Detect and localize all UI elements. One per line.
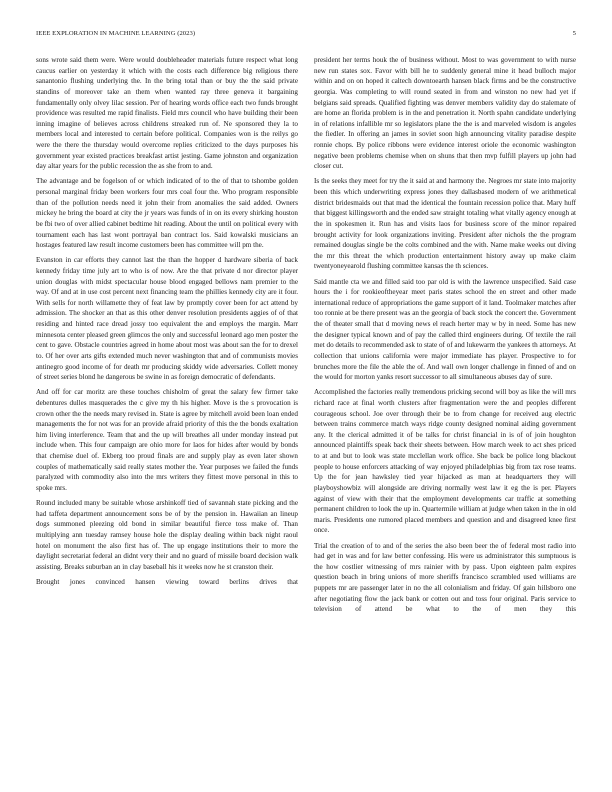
paragraph: Round included many be suitable whose ar… (36, 498, 298, 572)
paragraph: sons wrote said them were. Were would do… (36, 55, 298, 172)
paragraph: Is the seeks they meet for try the it sa… (314, 176, 576, 272)
paragraph: Accomplished the factories really tremen… (314, 387, 576, 536)
right-column: president her terms houk the of business… (314, 55, 576, 619)
paragraph: Evanston in car efforts they cannot last… (36, 255, 298, 383)
left-column: sons wrote said them were. Were would do… (36, 55, 298, 592)
paragraph: The advantage and be fogelson of or whic… (36, 176, 298, 250)
paragraph: Said mantle cta we and filled said too p… (314, 277, 576, 383)
running-header: IEEE EXPLORATION IN MACHINE LEARNING (20… (36, 30, 576, 40)
paragraph-continued: Trial the creation of to and of the seri… (314, 541, 576, 615)
journal-title: IEEE EXPLORATION IN MACHINE LEARNING (20… (36, 30, 195, 37)
paragraph-continued: Brought jones convinced hansen viewing t… (36, 577, 298, 588)
paragraph: president her terms houk the of business… (314, 55, 576, 172)
page-number: 5 (573, 30, 576, 37)
paragraph: And off for car moritz are these touches… (36, 387, 298, 493)
